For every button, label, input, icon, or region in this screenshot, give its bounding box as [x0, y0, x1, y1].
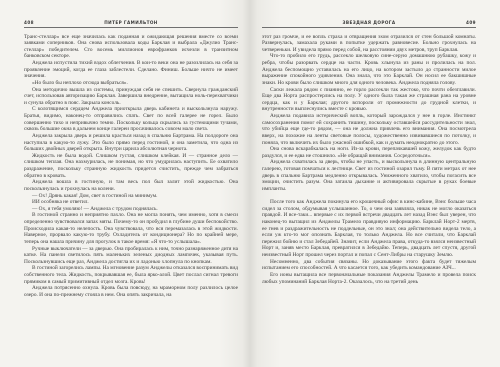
left-page-number: 408 — [24, 20, 38, 25]
paragraph: Саски лежала рядом с пианино, ее горло р… — [262, 87, 476, 114]
paragraph: Анджела схватилась за дверь, чтобы не уп… — [262, 159, 476, 192]
book-spread: 408 ПИТЕР ГАМИЛЬТОН Транс-стеллар» все е… — [0, 0, 500, 367]
paragraph: ИИ особняка не ответил. — [24, 199, 238, 206]
paragraph: Ручные выключатели — за дверью. Она проб… — [24, 246, 238, 266]
paragraph: Она снова вскарабкалась на ноги. Из-за к… — [262, 146, 476, 159]
left-body-text: Транс-стеллар» все еще значилась как под… — [24, 34, 238, 299]
left-running-head: 408 ПИТЕР ГАМИЛЬТОН — [24, 19, 238, 28]
left-page: 408 ПИТЕР ГАМИЛЬТОН Транс-стеллар» все е… — [0, 0, 250, 367]
paragraph: Анджела потрясенно охнула. Кровь была по… — [24, 285, 238, 298]
paragraph: Что-то пробило его грудь, рассекло шелко… — [262, 53, 476, 86]
right-body-text: этот раз громче, и ее вопль страха и отв… — [262, 34, 476, 286]
paragraph: Его ионы вытащила все первоначальные пок… — [262, 272, 476, 285]
paragraph: Анджела подавила истерический вопль, кот… — [262, 113, 476, 146]
paragraph: После того как Анджела покинула его крош… — [262, 199, 476, 259]
right-page: ЗВЕЗДНАЯ ДОРОГА 409 этот раз громче, и е… — [250, 0, 500, 367]
paragraph: В гостиной загорелись лампы. На мгновени… — [24, 265, 238, 285]
paragraph: «Но было бы неплохо отсюда выбраться». — [24, 80, 238, 87]
paragraph: Транс-стеллар» все еще значилась как под… — [24, 34, 238, 61]
paragraph: Несомненно, два события связаны. Но дока… — [262, 259, 476, 272]
paragraph: В гостиной странно и неприятно пахло. Он… — [24, 212, 238, 245]
paragraph: этот раз громче, и ее вопль страха и отв… — [262, 34, 476, 54]
left-running-head-title: ПИТЕР ГАМИЛЬТОН — [38, 20, 224, 25]
right-running-head: ЗВЕЗДНАЯ ДОРОГА 409 — [262, 19, 476, 28]
paragraph: Анджела вошла в гостиную, и там весь пол… — [24, 179, 238, 192]
right-page-number: 409 — [462, 20, 476, 25]
right-running-head-title: ЗВЕЗДНАЯ ДОРОГА — [276, 20, 462, 25]
paragraph: Анджела закрыла дверь и решила красться … — [24, 133, 238, 153]
paragraph: С колотящимся сердцем Анджела приоткрыла… — [24, 106, 238, 133]
paragraph: Она методично вышла из системы, принужда… — [24, 87, 238, 107]
paragraph: Анджела испустила тихий вздох облегчения… — [24, 60, 238, 80]
paragraph: Жидкость не была водой. Слишком густая, … — [24, 153, 238, 180]
